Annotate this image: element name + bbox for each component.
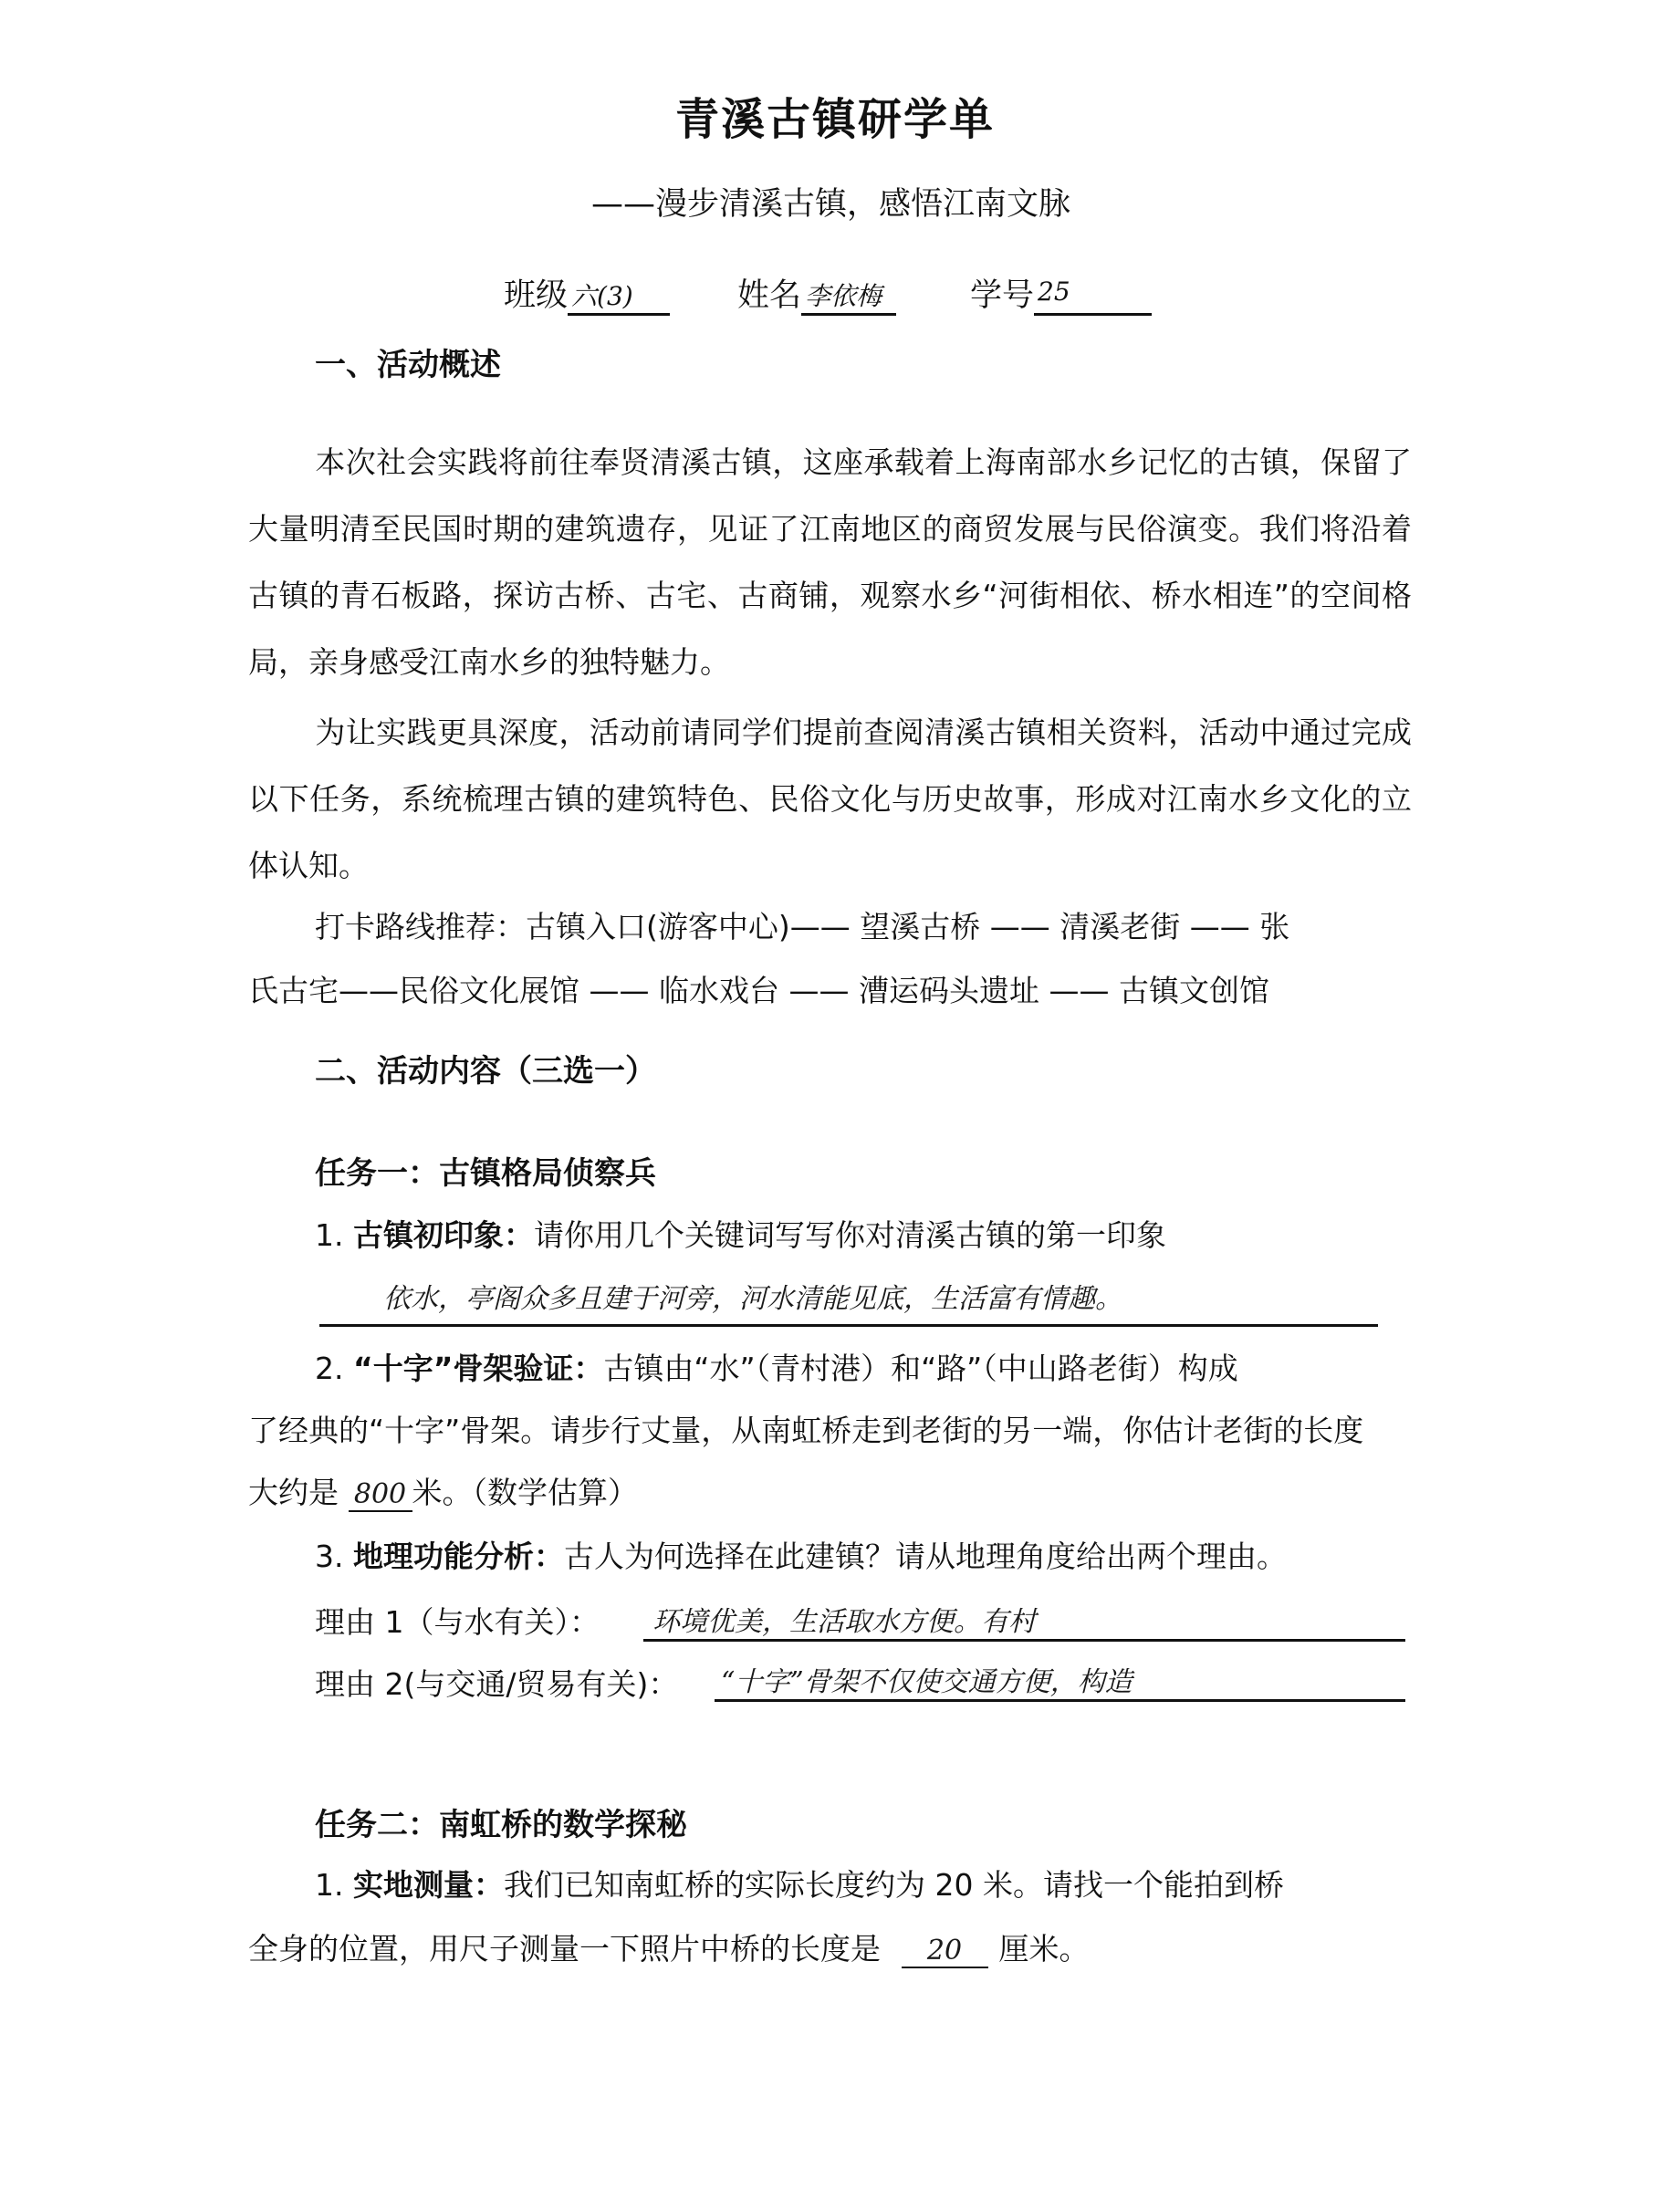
reason1-underline xyxy=(643,1639,1405,1642)
name-field[interactable]: 姓名李依梅 xyxy=(737,270,896,316)
task2-q1-line1: 1. 实地测量：我们已知南虹桥的实际长度约为 20 米。请找一个能拍到桥 xyxy=(315,1862,1284,1904)
answer-underline xyxy=(319,1324,1378,1327)
q-text: 厘米。 xyxy=(999,1931,1090,1967)
overview-paragraph-2: 为让实践更具深度，活动前请同学们提前查阅清溪古镇相关资料，活动中通过完成以下任务… xyxy=(248,699,1412,899)
q-number: 1. xyxy=(315,1867,344,1903)
q-text: 大约是 xyxy=(248,1475,339,1510)
overview-text-1: 本次社会实践将前往奉贤清溪古镇，这座承载着上海南部水乡记忆的古镇，保留了大量明清… xyxy=(248,444,1412,680)
student-id-label: 学号 xyxy=(970,277,1034,314)
task2-heading: 任务二：南虹桥的数学探秘 xyxy=(315,1800,687,1844)
name-value[interactable]: 李依梅 xyxy=(801,276,896,316)
class-value[interactable]: 六(3) xyxy=(568,276,670,316)
task1-q3: 3. 地理功能分析：古人为何选择在此建镇？请从地理角度给出两个理由。 xyxy=(315,1533,1287,1576)
q-number: 1. xyxy=(315,1217,344,1253)
overview-text-2: 为让实践更具深度，活动前请同学们提前查阅清溪古镇相关资料，活动中通过完成以下任务… xyxy=(248,715,1412,883)
q-text: 全身的位置，用尺子测量一下照片中桥的长度是 xyxy=(248,1931,881,1967)
q-text: 古镇由“水”（青村港）和“路”（中山路老街）构成 xyxy=(603,1351,1237,1386)
class-field[interactable]: 班级六(3) xyxy=(504,270,670,316)
task2-q1-line2: 全身的位置，用尺子测量一下照片中桥的长度是 20厘米。 xyxy=(248,1925,1090,1968)
q-text: 米。（数学估算） xyxy=(412,1475,639,1510)
q-text: 古人为何选择在此建镇？请从地理角度给出两个理由。 xyxy=(564,1539,1287,1574)
section2-heading: 二、活动内容（三选一） xyxy=(315,1046,656,1090)
task1-q2-line2: 了经典的“十字”骨架。请步行丈量，从南虹桥走到老街的另一端，你估计老街的长度 xyxy=(248,1407,1363,1450)
q-title: 实地测量： xyxy=(353,1867,504,1903)
class-label: 班级 xyxy=(504,277,568,314)
q-number: 3. xyxy=(315,1539,344,1574)
q-text: 我们已知南虹桥的实际长度约为 20 米。请找一个能拍到桥 xyxy=(504,1867,1284,1903)
section1-heading: 一、活动概述 xyxy=(315,339,501,384)
route-line-1: 打卡路线推荐：古镇入口(游客中心)—— 望溪古桥 —— 清溪老街 —— 张 xyxy=(315,903,1289,946)
street-length-answer[interactable]: 800 xyxy=(349,1478,412,1512)
task1-heading: 任务一：古镇格局侦察兵 xyxy=(315,1148,656,1193)
reason2-label: 理由 2(与交通/贸易有关)： xyxy=(315,1661,678,1704)
task1-q2-line1: 2. “十字”骨架验证：古镇由“水”（青村港）和“路”（中山路老街）构成 xyxy=(315,1345,1238,1388)
q-title: 地理功能分析： xyxy=(353,1539,564,1574)
q-text: 请你用几个关键词写写你对清溪古镇的第一印象 xyxy=(534,1217,1166,1253)
overview-paragraph-1: 本次社会实践将前往奉贤清溪古镇，这座承载着上海南部水乡记忆的古镇，保留了大量明清… xyxy=(248,429,1412,695)
task1-q1-answer[interactable]: 依水，亭阁众多且建于河旁，河水清能见底，生活富有情趣。 xyxy=(383,1276,1122,1316)
name-label: 姓名 xyxy=(737,277,801,314)
bridge-photo-length-answer[interactable]: 20 xyxy=(902,1935,988,1968)
q-title: “十字”骨架验证： xyxy=(353,1351,603,1386)
reason1-label: 理由 1（与水有关）： xyxy=(315,1599,600,1642)
task1-q1: 1. 古镇初印象：请你用几个关键词写写你对清溪古镇的第一印象 xyxy=(315,1212,1166,1255)
task1-q2-line3: 大约是 800米。（数学估算） xyxy=(248,1469,638,1512)
q-number: 2. xyxy=(315,1351,344,1386)
document-subtitle: ——漫步清溪古镇，感悟江南文脉 xyxy=(591,179,1070,224)
document-title: 青溪古镇研学单 xyxy=(0,84,1670,147)
student-id-field[interactable]: 学号25 xyxy=(970,270,1152,316)
route-line-2: 氏古宅——民俗文化展馆 —— 临水戏台 —— 漕运码头遗址 —— 古镇文创馆 xyxy=(248,967,1269,1010)
q-title: 古镇初印象： xyxy=(353,1217,534,1253)
student-id-value[interactable]: 25 xyxy=(1034,276,1152,316)
reason1-answer[interactable]: 环境优美，生活取水方便。有村 xyxy=(652,1599,1036,1639)
reason2-underline xyxy=(715,1699,1405,1702)
reason2-answer[interactable]: “十字”骨架不仅使交通方便，构造 xyxy=(721,1659,1132,1699)
